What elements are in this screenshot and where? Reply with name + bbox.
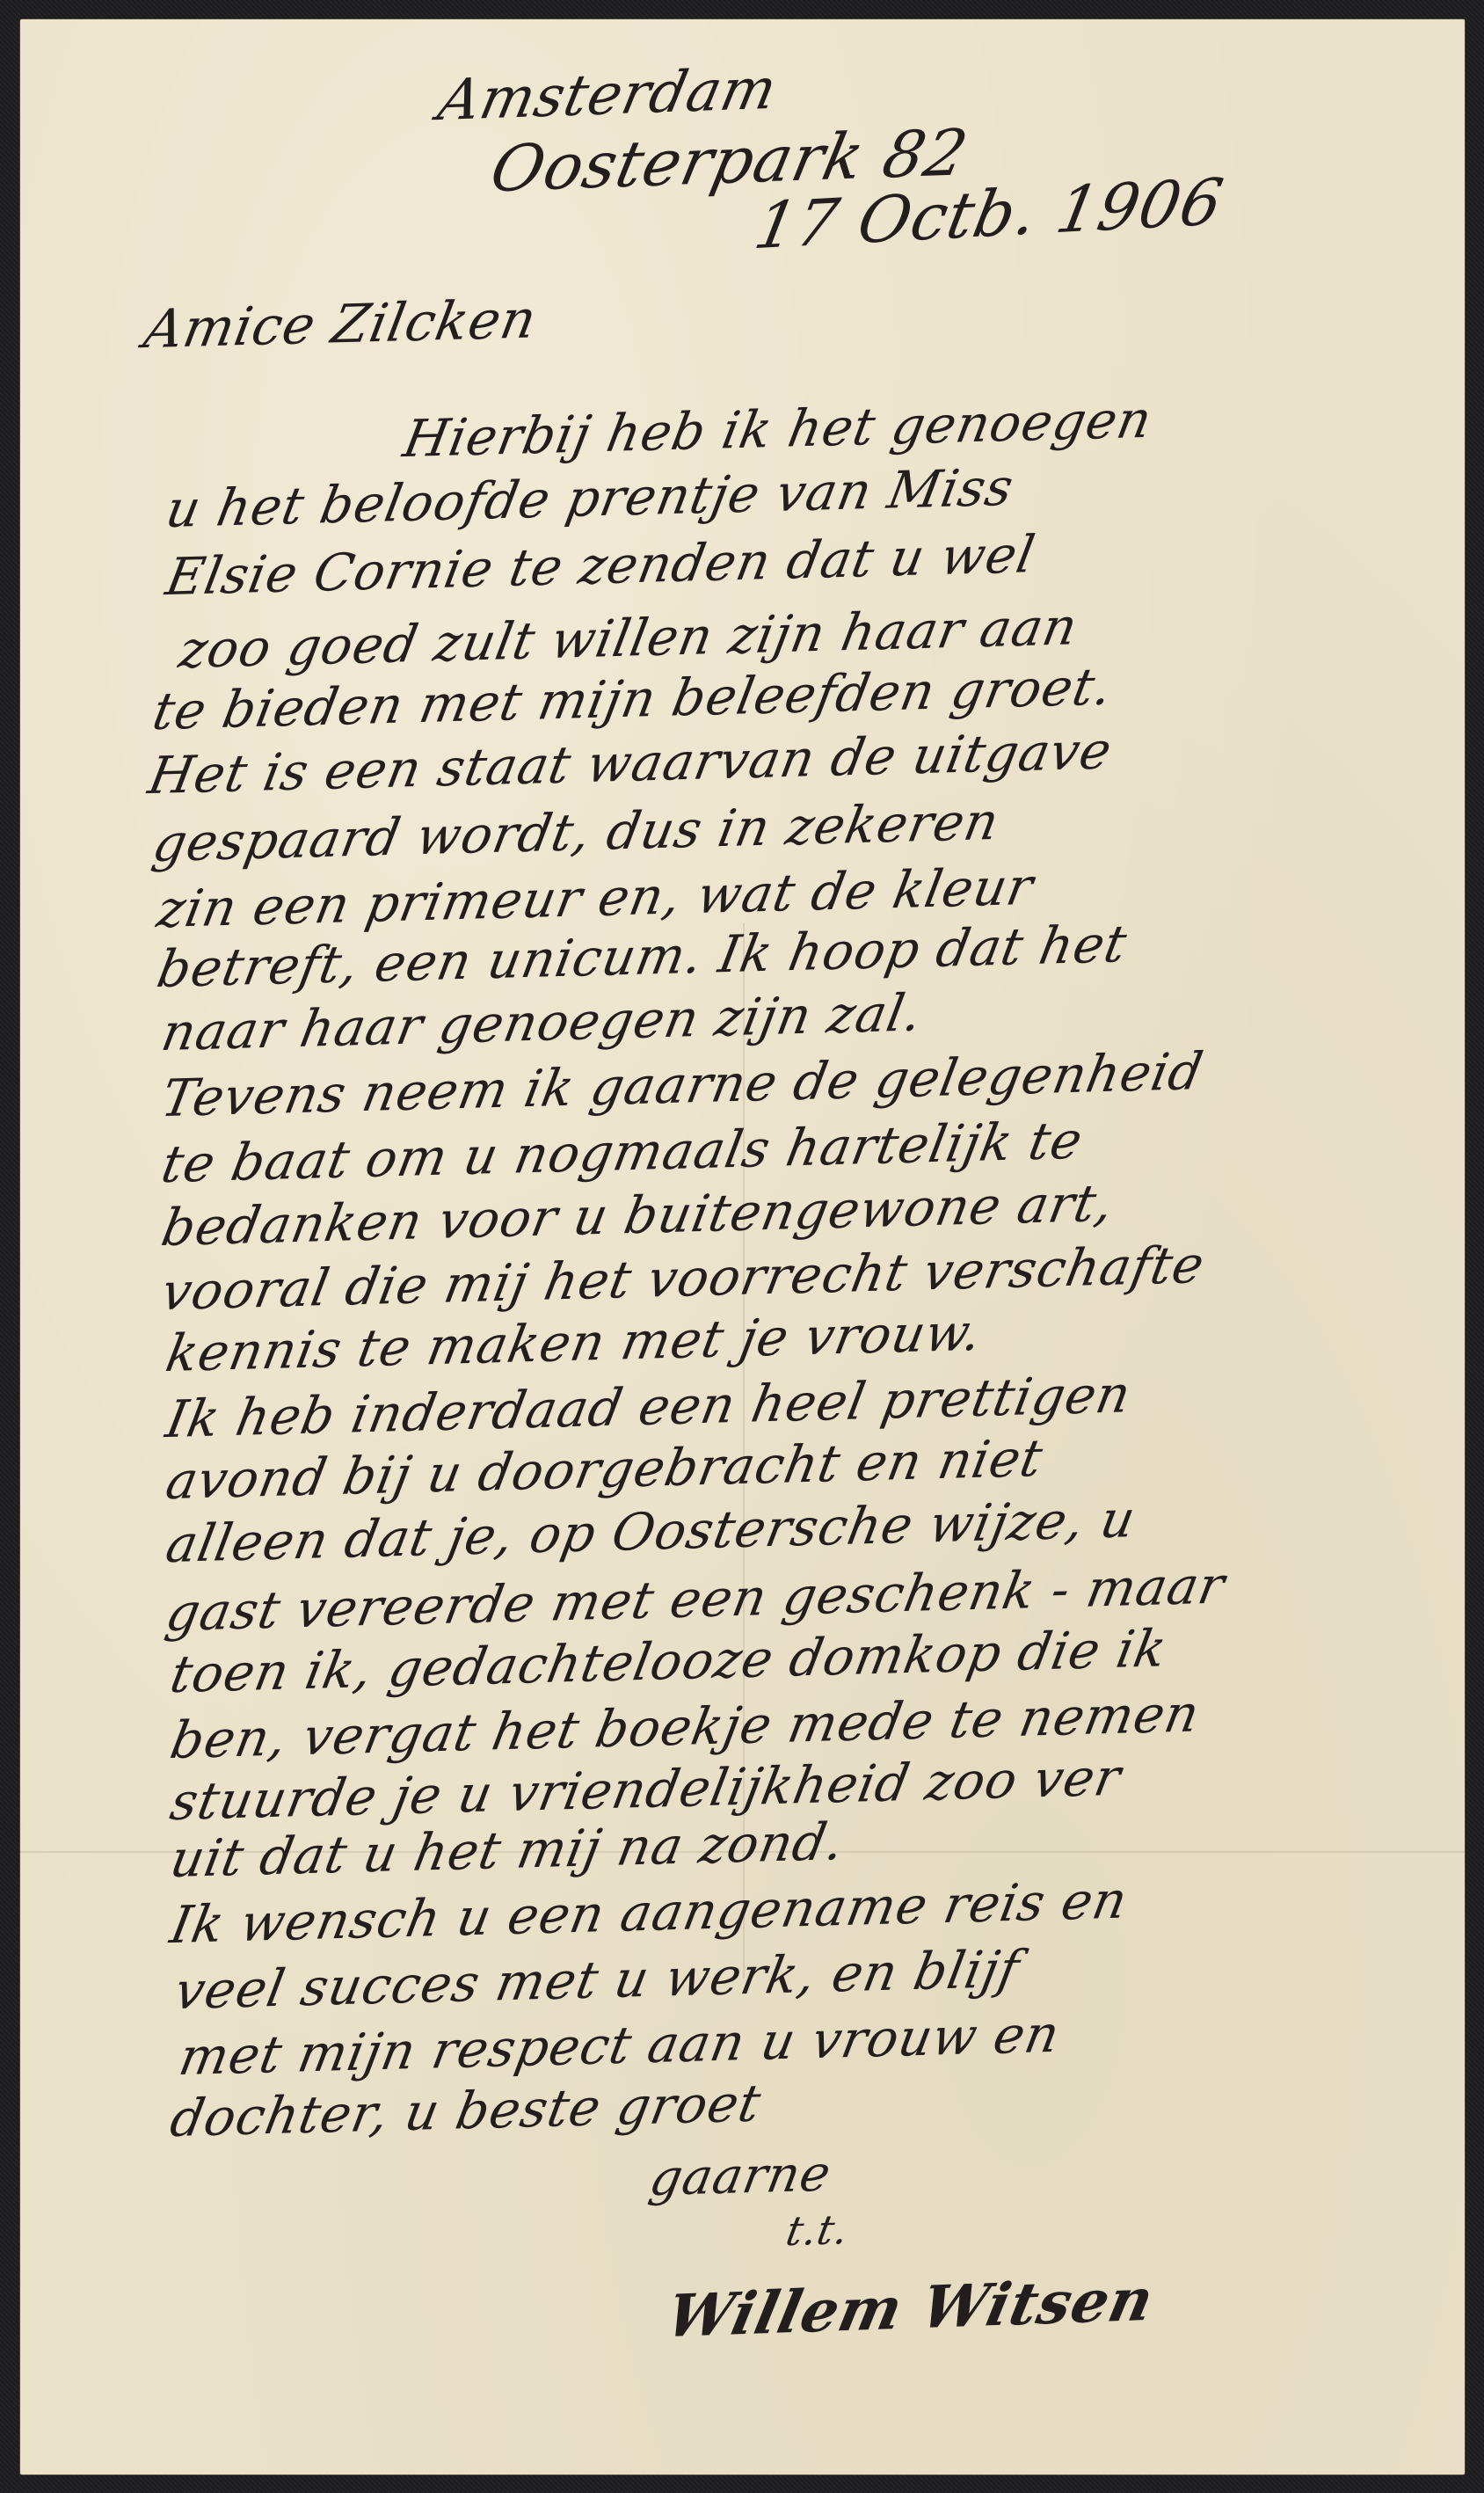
letter-valediction: gaarne bbox=[645, 2145, 836, 2207]
letter-place: Amsterdam bbox=[433, 56, 782, 134]
letter-closing-abbrev: t.t. bbox=[782, 2205, 853, 2255]
letter-salutation: Amice Zilcken bbox=[139, 288, 542, 361]
